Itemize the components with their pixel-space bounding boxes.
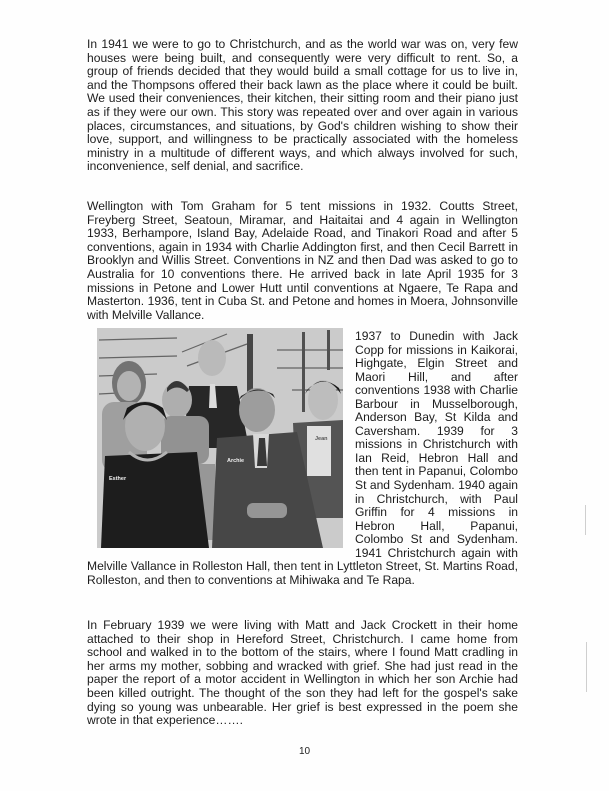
photo-label-jean: Jean [315,436,328,442]
photo-label-esther: Esther [109,476,126,482]
scan-artifact-line [586,642,587,692]
paragraph-february-1939: In February 1939 we were living with Mat… [87,619,518,728]
page-number: 10 [0,746,609,757]
family-photo: Esther Archie Jean [97,328,343,548]
family-photo-image [97,328,343,548]
document-page: In 1941 we were to go to Christchurch, a… [0,0,609,791]
paragraph-1941-christchurch: In 1941 we were to go to Christchurch, a… [87,38,518,174]
photo-label-archie: Archie [227,458,244,464]
paragraph-wellington-missions: Wellington with Tom Graham for 5 tent mi… [87,200,518,322]
scan-artifact-line [585,505,586,535]
photo-wrap-section: Esther Archie Jean 1937 to Dunedin with … [87,330,518,587]
